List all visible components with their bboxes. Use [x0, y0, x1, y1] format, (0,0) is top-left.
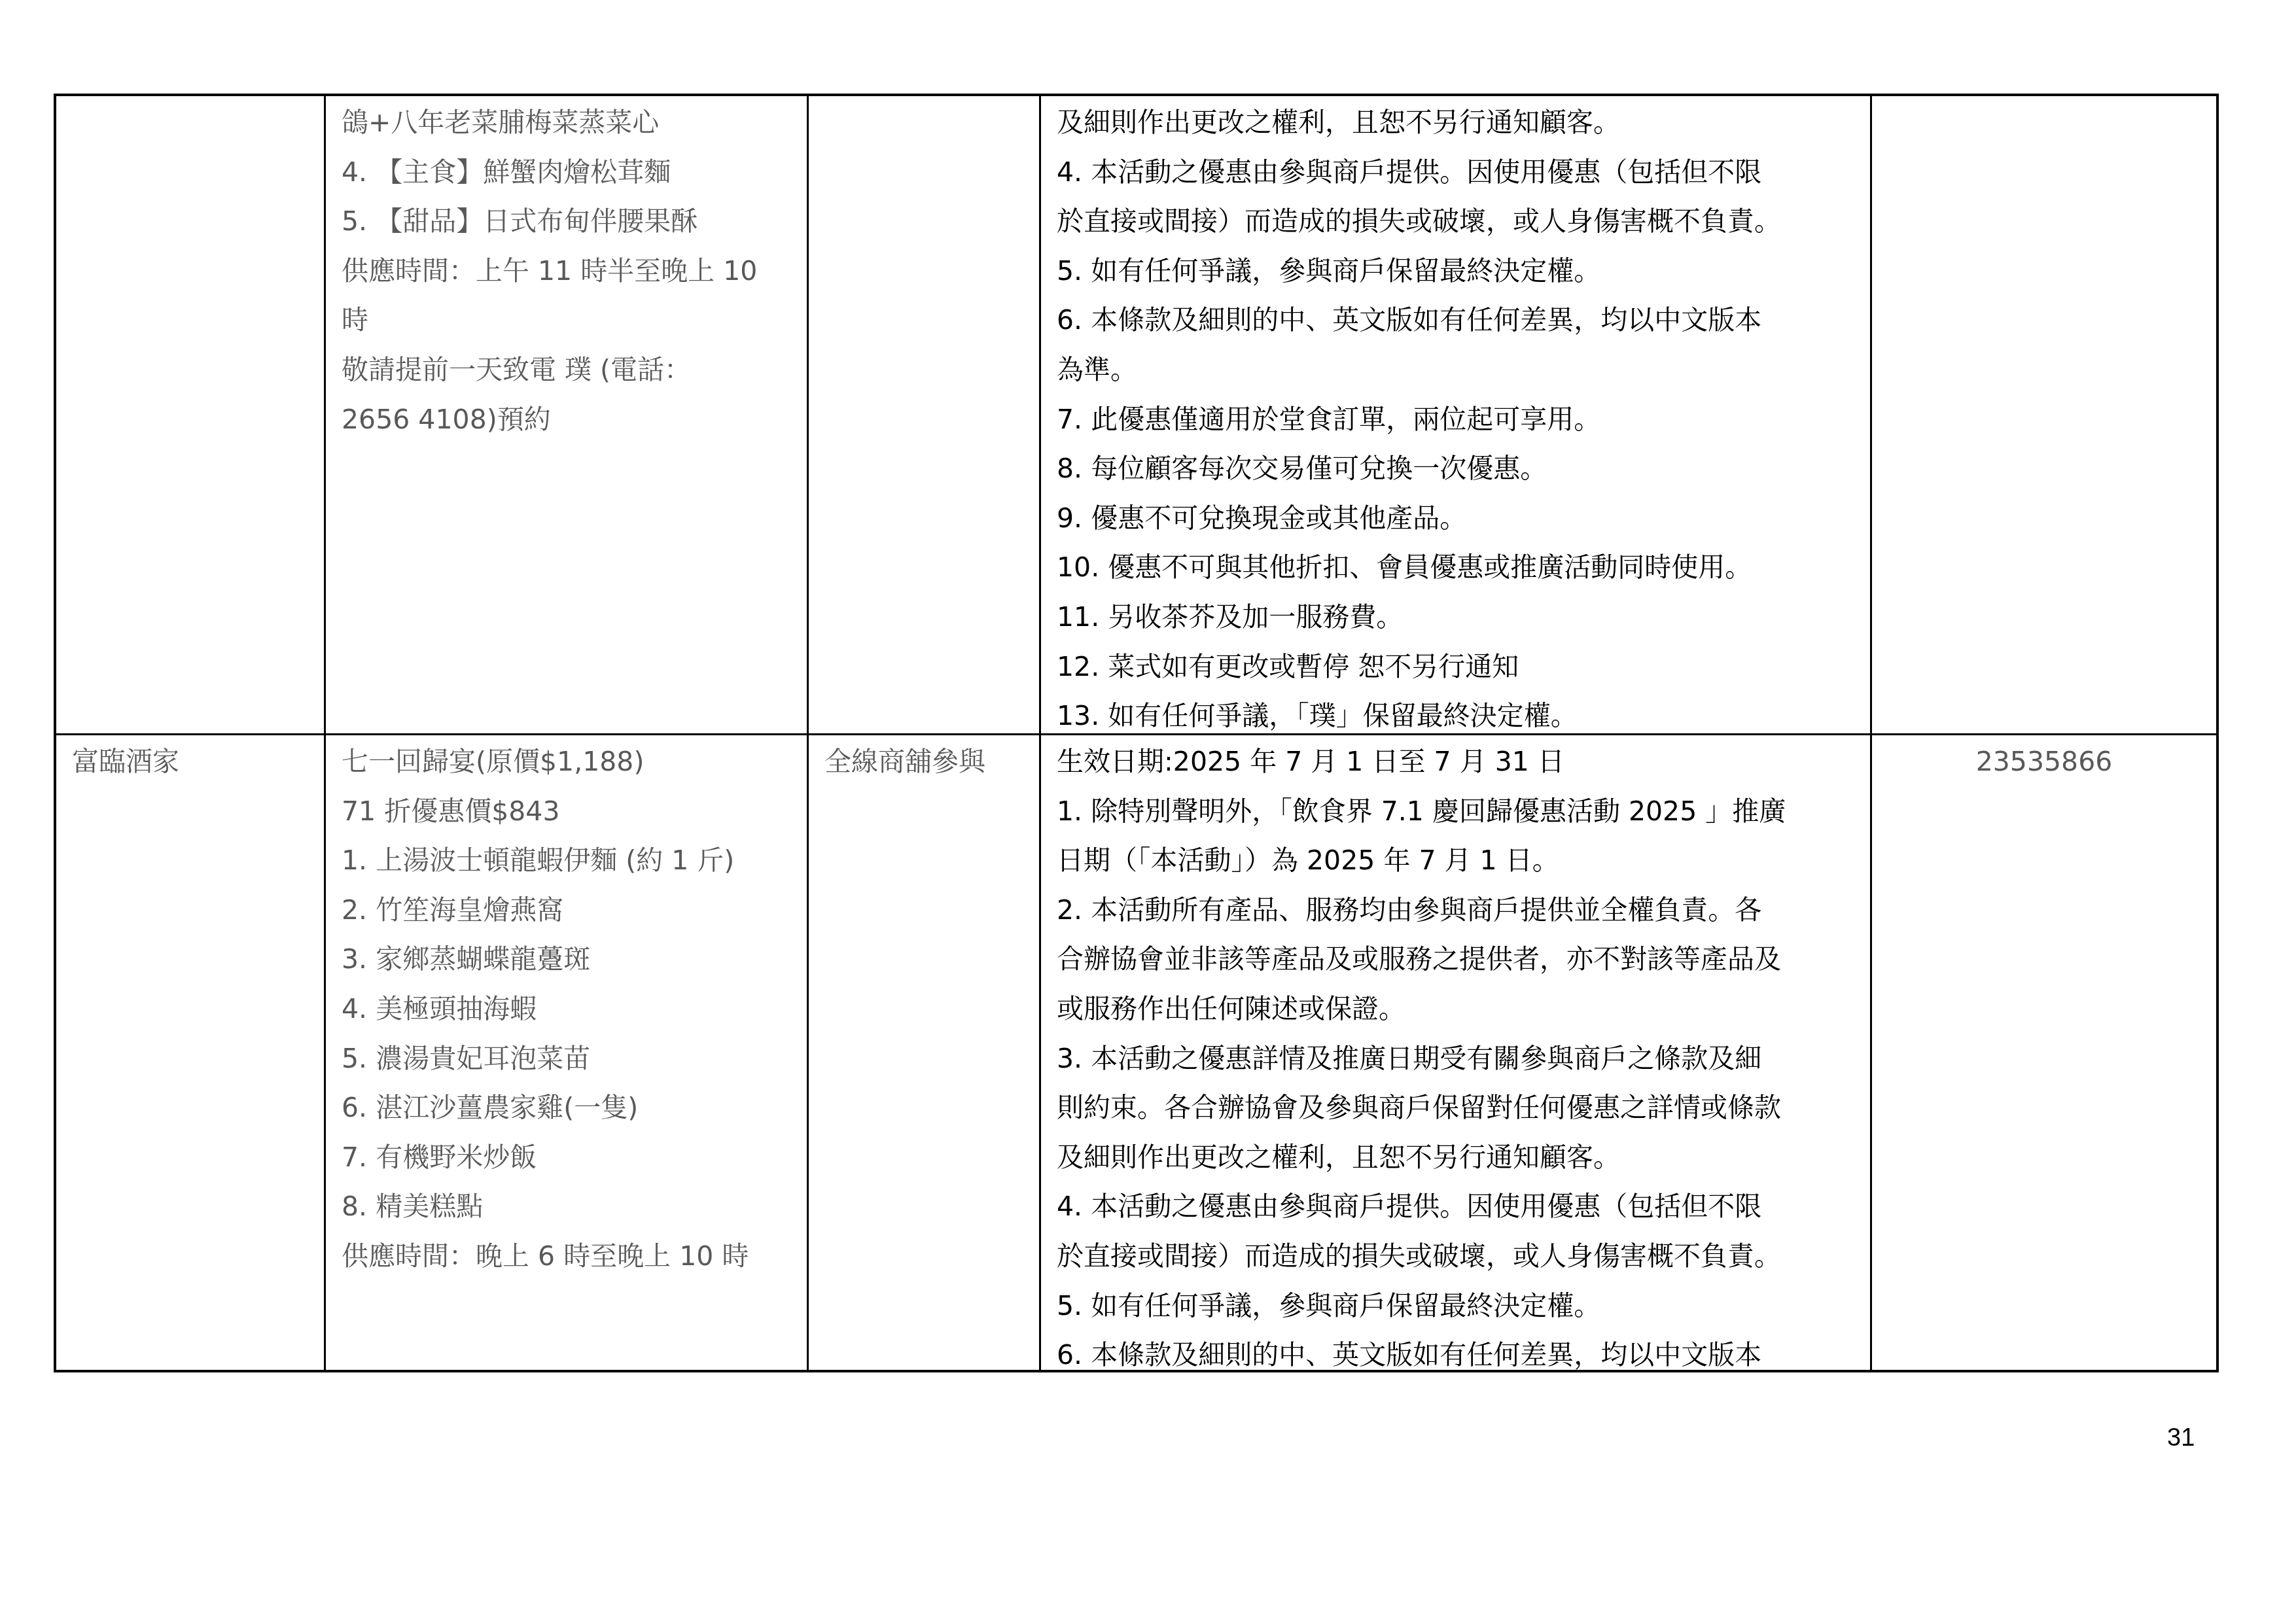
cell-text-line: 4. 本活動之優惠由參與商戶提供。因使用優惠（包括但不限	[1057, 148, 1864, 198]
cell-text-line: 23535866	[1872, 737, 2216, 787]
cell-text-line: 則約束。各合辦協會及參與商戶保留對任何優惠之詳情或條款	[1057, 1083, 1864, 1133]
cell-text-line: 時	[342, 296, 801, 345]
cell-text-line: 供應時間：上午 11 時半至晚上 10	[342, 247, 801, 296]
cell-text-line: 4. 【主食】鮮蟹肉燴松茸麵	[342, 148, 801, 198]
cell-text-line: 6. 本條款及細則的中、英文版如有任何差異，均以中文版本	[1057, 1331, 1864, 1380]
cell-text-line: 3. 本活動之優惠詳情及推廣日期受有關參與商戶之條款及細	[1057, 1034, 1864, 1084]
row-2-phone-cell: 23535866	[1872, 737, 2216, 787]
cell-text-line: 13. 如有任何爭議，「璞」保留最終決定權。	[1057, 691, 1864, 741]
cell-text-line: 日期（「本活動」）為 2025 年 7 月 1 日。	[1057, 836, 1864, 886]
cell-text-line: 富臨酒家	[72, 737, 318, 787]
cell-text-line: 5. 如有任何爭議，參與商戶保留最終決定權。	[1057, 1282, 1864, 1331]
cell-text-line: 敬請提前一天致電 璞 (電話：	[342, 345, 801, 395]
cell-text-line: 8. 每位顧客每次交易僅可兌換一次優惠。	[1057, 444, 1864, 494]
cell-text-line: 5. 濃湯貴妃耳泡菜苗	[342, 1034, 801, 1084]
cell-text-line: 全線商舖參與	[824, 737, 1033, 787]
cell-text-line: 於直接或間接）而造成的損失或破壞，或人身傷害概不負責。	[1057, 1232, 1864, 1282]
cell-text-line: 合辦協會並非該等產品及或服務之提供者，亦不對該等產品及	[1057, 935, 1864, 985]
row-2-merchant-cell: 富臨酒家	[56, 737, 323, 787]
cell-text-line: 7. 有機野米炒飯	[342, 1133, 801, 1183]
cell-text-line: 及細則作出更改之權利，且恕不另行通知顧客。	[1057, 98, 1864, 148]
cell-text-line: 3. 家鄉蒸蝴蝶龍躉斑	[342, 935, 801, 985]
cell-text-line: 或服務作出任何陳述或保證。	[1057, 985, 1864, 1034]
cell-text-line: 6. 湛江沙薑農家雞(一隻)	[342, 1083, 801, 1133]
cell-text-line: 9. 優惠不可兌換現金或其他產品。	[1057, 494, 1864, 544]
cell-text-line: 生效日期:2025 年 7 月 1 日至 7 月 31 日	[1057, 737, 1864, 787]
cell-text-line: 5. 【甜品】日式布甸伴腰果酥	[342, 197, 801, 247]
row-2-terms-cell: 生效日期:2025 年 7 月 1 日至 7 月 31 日1. 除特別聲明外，「…	[1041, 737, 1869, 1380]
cell-text-line: 及細則作出更改之權利，且恕不另行通知顧客。	[1057, 1133, 1864, 1183]
row-2-outlets-cell: 全線商舖參與	[809, 737, 1038, 787]
cell-text-line: 2. 竹笙海皇燴燕窩	[342, 886, 801, 935]
document-page: 鴿+八年老菜脯梅菜蒸菜心4. 【主食】鮮蟹肉燴松茸麵5. 【甜品】日式布甸伴腰果…	[0, 0, 2296, 1623]
cell-text-line: 10. 優惠不可與其他折扣、會員優惠或推廣活動同時使用。	[1057, 543, 1864, 593]
cell-text-line: 1. 除特別聲明外，「飲食界 7.1 慶回歸優惠活動 2025 」推廣	[1057, 787, 1864, 837]
cell-text-line: 1. 上湯波士頓龍蝦伊麵 (約 1 斤)	[342, 836, 801, 886]
cell-text-line: 供應時間：晚上 6 時至晚上 10 時	[342, 1232, 801, 1282]
page-number: 31	[2167, 1423, 2195, 1452]
cell-text-line: 4. 美極頭抽海蝦	[342, 985, 801, 1034]
cell-text-line: 11. 另收茶芥及加一服務費。	[1057, 593, 1864, 642]
cell-text-line: 2. 本活動所有產品、服務均由參與商戶提供並全權負責。各	[1057, 886, 1864, 935]
cell-text-line: 為準。	[1057, 345, 1864, 395]
cell-text-line: 七一回歸宴(原價$1,188)	[342, 737, 801, 787]
cell-text-line: 7. 此優惠僅適用於堂食訂單，兩位起可享用。	[1057, 395, 1864, 445]
cell-text-line: 5. 如有任何爭議，參與商戶保留最終決定權。	[1057, 247, 1864, 296]
cell-text-line: 71 折優惠價$843	[342, 787, 801, 837]
cell-text-line: 鴿+八年老菜脯梅菜蒸菜心	[342, 98, 801, 148]
row-2-offer-cell: 七一回歸宴(原價$1,188)71 折優惠價$8431. 上湯波士頓龍蝦伊麵 (…	[326, 737, 806, 1282]
cell-text-line: 於直接或間接）而造成的損失或破壞，或人身傷害概不負責。	[1057, 197, 1864, 247]
row-1-terms-cell: 及細則作出更改之權利，且恕不另行通知顧客。4. 本活動之優惠由參與商戶提供。因使…	[1041, 98, 1869, 741]
cell-text-line: 12. 菜式如有更改或暫停 恕不另行通知	[1057, 642, 1864, 692]
cell-text-line: 2656 4108)預約	[342, 395, 801, 445]
cell-text-line: 4. 本活動之優惠由參與商戶提供。因使用優惠（包括但不限	[1057, 1182, 1864, 1232]
row-1-offer-cell: 鴿+八年老菜脯梅菜蒸菜心4. 【主食】鮮蟹肉燴松茸麵5. 【甜品】日式布甸伴腰果…	[326, 98, 806, 444]
cell-text-line: 6. 本條款及細則的中、英文版如有任何差異，均以中文版本	[1057, 296, 1864, 345]
cell-text-line: 8. 精美糕點	[342, 1182, 801, 1232]
